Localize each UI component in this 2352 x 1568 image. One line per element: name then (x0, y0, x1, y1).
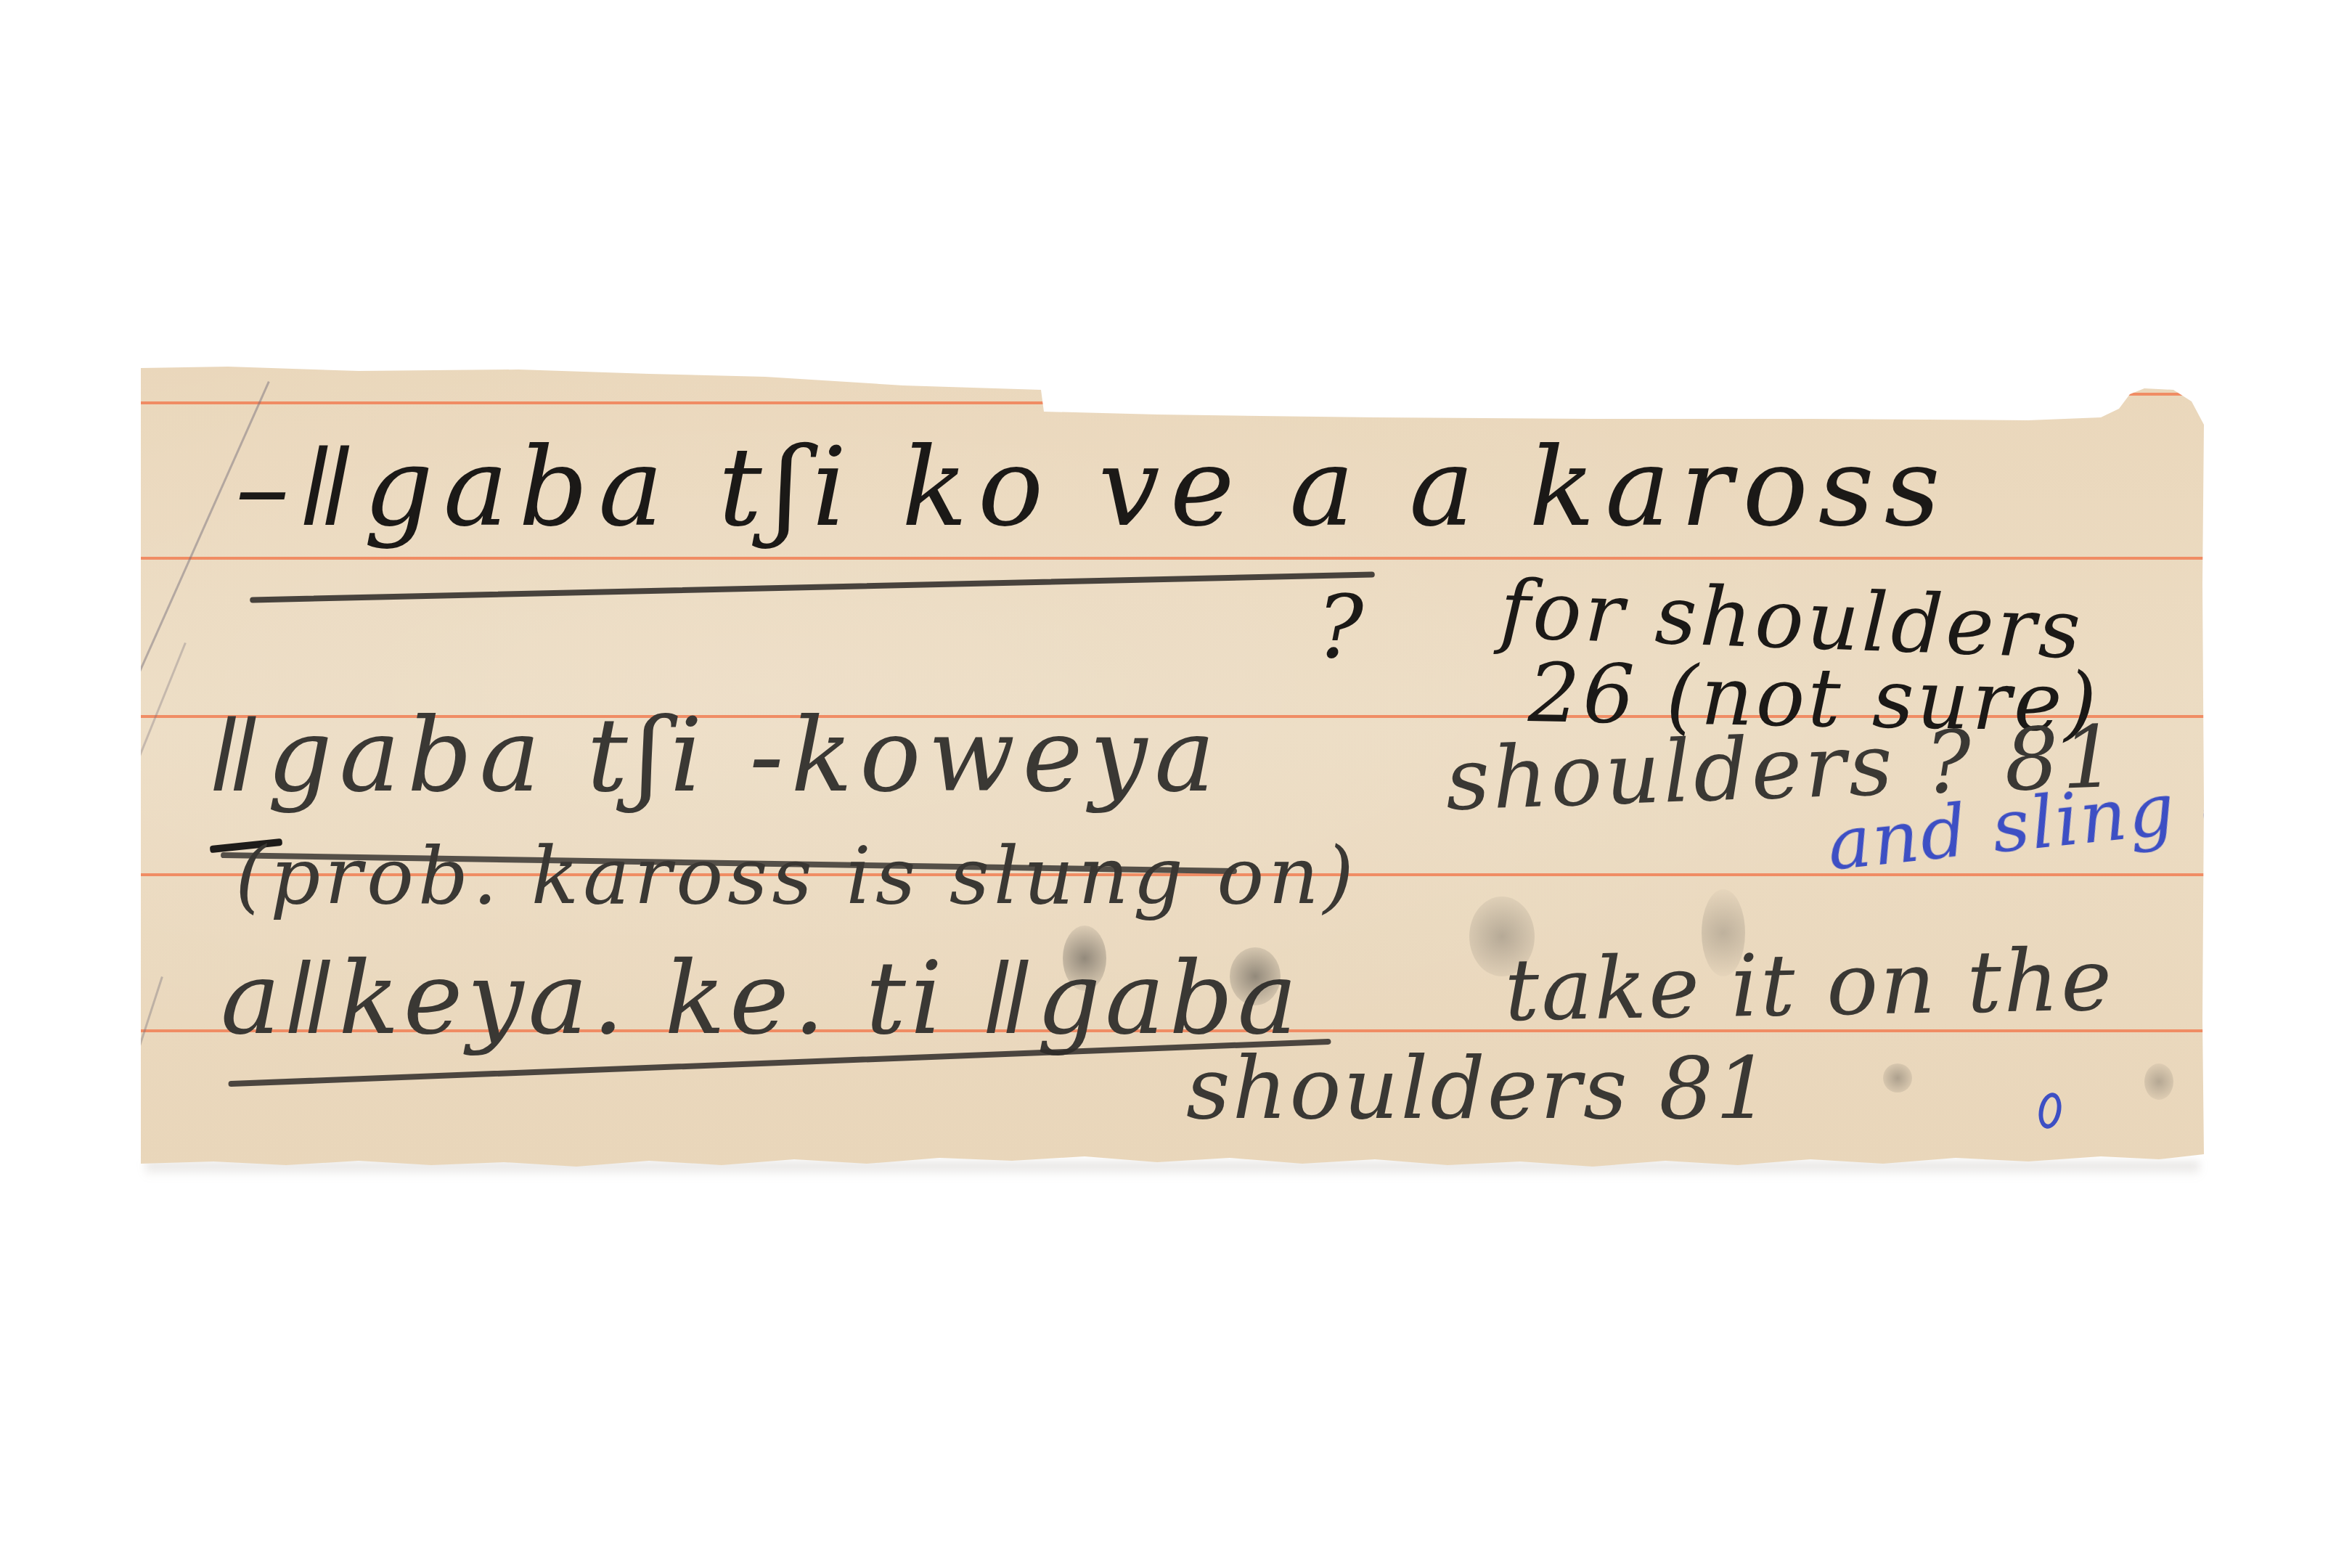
ink-smudge (1469, 897, 1535, 976)
entry-1-underline (250, 571, 1375, 603)
lexicon-slip: –ǁgaba tʃi ko ve a a kaross ? for should… (141, 367, 2204, 1169)
entry-3-headword: aǁkeya. ke. ti ǁgaba (221, 940, 1302, 1057)
blue-circle-mark (2035, 1090, 2065, 1130)
pencil-mark (86, 642, 187, 886)
ruled-line (141, 557, 2204, 560)
pencil-mark (134, 976, 163, 1060)
ink-smudge (1702, 889, 1745, 976)
ink-smudge (1063, 926, 1106, 991)
ruled-line (141, 401, 1045, 404)
entry-1-query-mark: ? (1317, 577, 1368, 678)
ink-smudge (1883, 1063, 1912, 1093)
ink-smudge (1230, 947, 1281, 1005)
photo-background: –ǁgaba tʃi ko ve a a kaross ? for should… (0, 0, 2352, 1568)
entry-3-gloss-continued: shoulders 81 (1186, 1038, 1772, 1138)
ruled-line (2119, 393, 2199, 396)
entry-2-note: (prob. kaross is slung on) (235, 831, 1358, 922)
ink-smudge (2144, 1063, 2173, 1100)
entry-1-headword: –ǁgaba tʃi ko ve a a kaross (235, 425, 1951, 551)
entry-3-gloss: take it on the (1504, 929, 2115, 1040)
entry-2-headword: ǁgaba tʃi -koweya (210, 697, 1222, 815)
